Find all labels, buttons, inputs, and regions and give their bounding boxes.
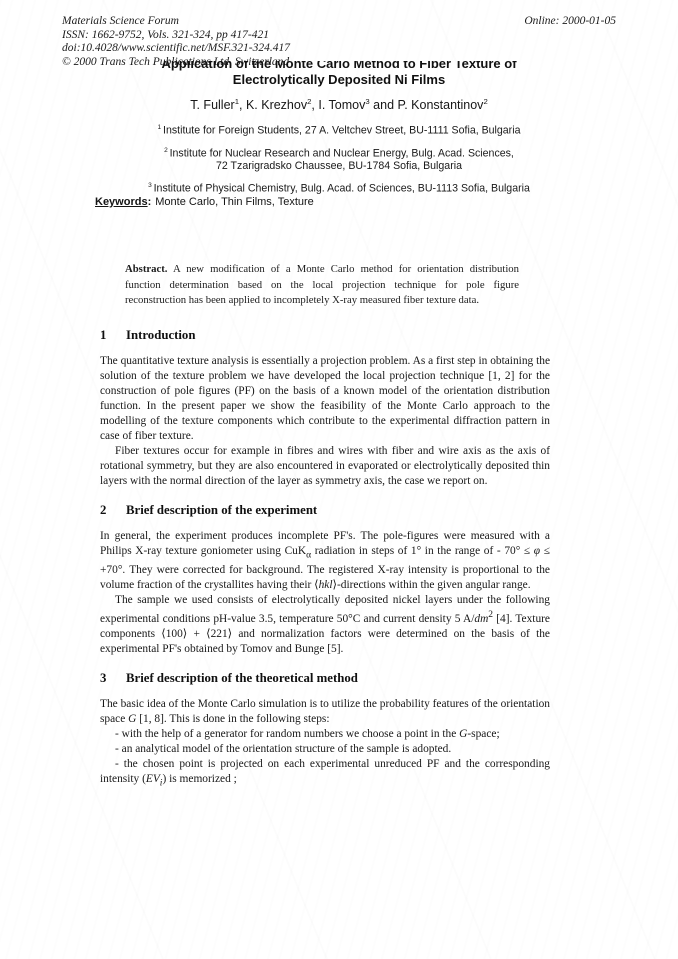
article-body: 1Introduction The quantitative texture a… <box>100 328 550 791</box>
affiliations: 1 Institute for Foreign Students, 27 A. … <box>62 121 616 196</box>
section-title: Introduction <box>126 328 195 342</box>
paper-title: Application of the Monte Carlo Method to… <box>62 61 616 87</box>
section-title: Brief description of the experiment <box>126 503 317 517</box>
list-item: - an analytical model of the orientation… <box>100 742 550 757</box>
paragraph: The basic idea of the Monte Carlo simula… <box>100 697 550 727</box>
affiliation-3: 3 Institute of Physical Chemistry, Bulg.… <box>62 179 616 196</box>
paper-title-line2: Electrolytically Deposited Ni Films <box>62 72 616 87</box>
doi-line: doi:10.4028/www.scientific.net/MSF.321-3… <box>62 42 616 56</box>
issn-line: ISSN: 1662-9752, Vols. 321-324, pp 417-4… <box>62 29 616 43</box>
affiliation-2: 2 Institute for Nuclear Research and Nuc… <box>62 144 616 174</box>
front-matter: Application of the Monte Carlo Method to… <box>62 61 616 202</box>
section-introduction: 1Introduction The quantitative texture a… <box>100 328 550 489</box>
list-item: - with the help of a generator for rando… <box>100 727 550 742</box>
section-number: 2 <box>100 503 110 518</box>
section-heading: 2Brief description of the experiment <box>100 503 550 518</box>
paper-page: Materials Science Forum ISSN: 1662-9752,… <box>0 0 678 959</box>
section-number: 3 <box>100 671 110 686</box>
online-date: Online: 2000-01-05 <box>524 15 616 29</box>
paragraph: The sample we used consists of electroly… <box>100 593 550 657</box>
section-title: Brief description of the theoretical met… <box>126 671 358 685</box>
affiliation-1: 1 Institute for Foreign Students, 27 A. … <box>62 121 616 138</box>
section-heading: 1Introduction <box>100 328 550 343</box>
paragraph: The quantitative texture analysis is ess… <box>100 354 550 444</box>
list-item: - the chosen point is projected on each … <box>100 757 550 791</box>
section-theoretical-method: 3Brief description of the theoretical me… <box>100 671 550 791</box>
section-experiment: 2Brief description of the experiment In … <box>100 503 550 657</box>
abstract: Abstract. A new modification of a Monte … <box>125 262 519 309</box>
section-number: 1 <box>100 328 110 343</box>
paper-title-line1-clipped: Application of the Monte Carlo Method to… <box>62 61 616 71</box>
authors-line: T. Fuller1, K. Krezhov2, I. Tomov3 and P… <box>62 97 616 112</box>
section-heading: 3Brief description of the theoretical me… <box>100 671 550 686</box>
keywords-label: Keywords: <box>95 196 151 208</box>
keywords-line: Keywords:Monte Carlo, Thin Films, Textur… <box>95 196 314 208</box>
paragraph: In general, the experiment produces inco… <box>100 529 550 593</box>
paragraph: Fiber textures occur for example in fibr… <box>100 444 550 489</box>
keywords-value: Monte Carlo, Thin Films, Texture <box>155 196 314 208</box>
